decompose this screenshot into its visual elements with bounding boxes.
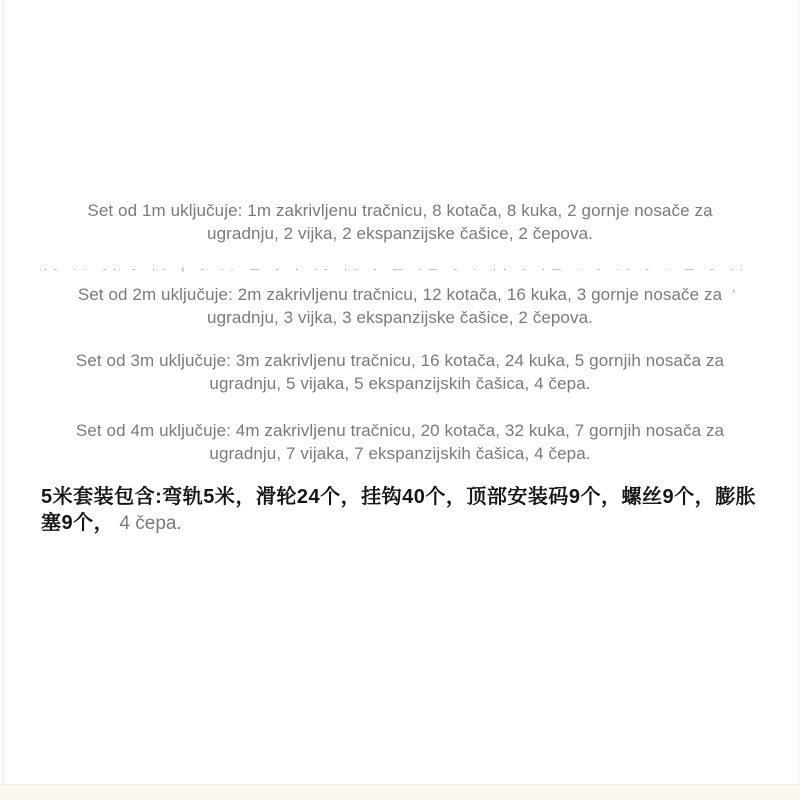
stray-comma-fragment-1: , bbox=[706, 204, 710, 217]
right-edge-artifact bbox=[798, 0, 799, 800]
set-5m-description: 5米套装包含:弯轨5米，滑轮24个，挂钩40个，顶部安装码9个，螺丝9个，膨胀塞… bbox=[41, 484, 764, 537]
set-4m-text: Set od 4m uključuje: 4m zakrivljenu trač… bbox=[40, 420, 760, 465]
left-edge-artifact bbox=[2, 0, 4, 800]
set-3m-description: Set od 3m uključuje: 3m zakrivljenu trač… bbox=[40, 350, 760, 395]
stray-comma-fragment-2: , bbox=[732, 280, 736, 293]
bottom-edge-artifact bbox=[0, 784, 800, 800]
set-1m-text: Set od 1m uključuje: 1m zakrivljenu trač… bbox=[73, 200, 728, 245]
set-4m-description: Set od 4m uključuje: 4m zakrivljenu trač… bbox=[40, 420, 760, 465]
set-1m-description: Set od 1m uključuje: 1m zakrivljenu trač… bbox=[40, 200, 760, 245]
set-2m-text: Set od 2m uključuje: 2m zakrivljenu trač… bbox=[73, 284, 728, 329]
set-5m-croatian-suffix: 4 čepa. bbox=[114, 513, 182, 534]
set-3m-text: Set od 3m uključuje: 3m zakrivljenu trač… bbox=[40, 350, 760, 395]
set-2m-description: Set od 2m uključuje: 2m zakrivljenu trač… bbox=[40, 284, 760, 329]
clipped-text-line-fragment: ·- ·· -· - ·- ‹ - ·· — - · ·- ·· - — ·— … bbox=[44, 265, 754, 274]
product-description-section: Set od 1m uključuje: 1m zakrivljenu trač… bbox=[0, 0, 800, 800]
